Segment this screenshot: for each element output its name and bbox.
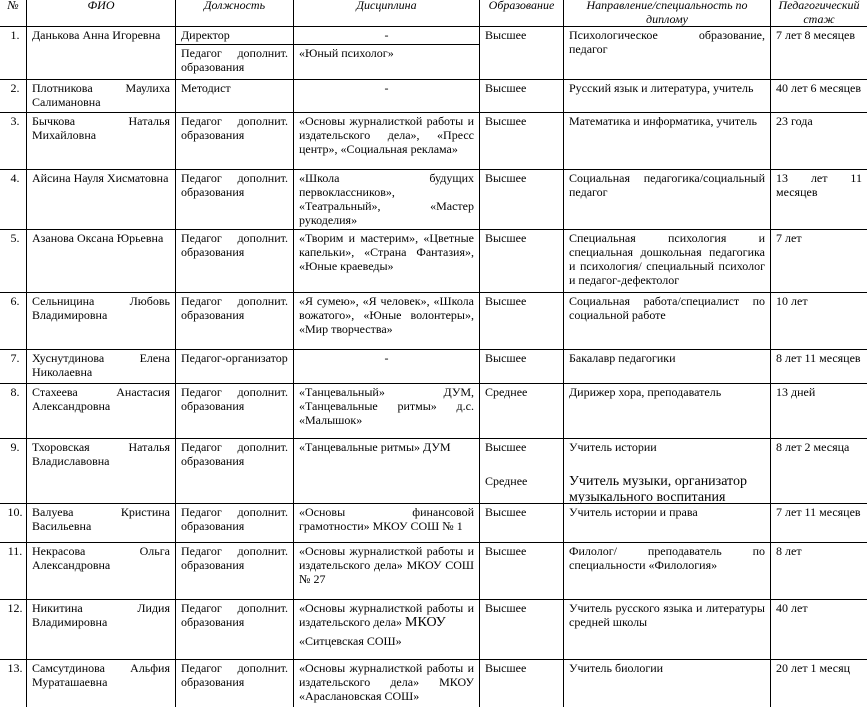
- cell-fio: Валуева Кристина Васильевна: [27, 505, 175, 533]
- cell-fio: Бычкова Наталья Михайловна: [27, 114, 175, 142]
- cell-discipline: «Основы журналисткой работы и издательск…: [294, 601, 479, 651]
- cell-num: 7.: [2, 351, 28, 365]
- header-fio: ФИО: [27, 0, 175, 12]
- cell-fio: Хуснутдинова Елена Николаевна: [27, 351, 175, 379]
- row-divider: [0, 169, 867, 170]
- cell-position: Педагог дополнит. образования: [176, 385, 293, 413]
- row-divider: [0, 542, 867, 543]
- cell-discipline: «Основы журналисткой работы и издательск…: [294, 661, 479, 703]
- cell-experience: 8 лет 2 месяца: [771, 440, 867, 454]
- header-specialty: Направление/специальность по диплому: [564, 0, 770, 26]
- cell-num: 13.: [2, 661, 28, 675]
- cell-fio: Стахеева Анастасия Александровна: [27, 385, 175, 413]
- cell-education: Высшее: [480, 351, 563, 365]
- cell-discipline: «Основы журналисткой работы и издательск…: [294, 544, 479, 586]
- cell-num: 10.: [2, 505, 28, 519]
- cell-fio: Плотникова Маулиха Салимановна: [27, 81, 175, 109]
- cell-experience: 7 лет 11 месяцев: [771, 505, 867, 519]
- discipline-school-name: «Ситцевская СОШ»: [299, 634, 402, 648]
- cell-discipline: «Юный психолог»: [294, 46, 479, 60]
- cell-discipline: «Основы финансовой грамотности» МКОУ СОШ…: [294, 505, 479, 533]
- cell-num: 11.: [2, 544, 28, 558]
- cell-specialty: Социальная работа/специалист по социальн…: [564, 294, 770, 322]
- cell-num: 12.: [2, 601, 28, 615]
- cell-specialty: Учитель истории: [564, 440, 770, 454]
- cell-experience: 13 дней: [771, 385, 867, 399]
- cell-experience: 8 лет: [771, 544, 867, 558]
- row-divider: [0, 599, 867, 600]
- cell-fio: Тхоровская Наталья Владиславовна: [27, 440, 175, 468]
- cell-position: Педагог дополнит. образования: [176, 171, 293, 199]
- cell-experience: 7 лет 8 месяцев: [771, 28, 867, 42]
- cell-position: Педагог дополнит. образования: [176, 46, 293, 74]
- cell-education: Высшее: [480, 81, 563, 95]
- cell-experience: 8 лет 11 месяцев: [771, 351, 867, 365]
- cell-education: Высшее: [480, 231, 563, 245]
- cell-education: Высшее: [480, 661, 563, 675]
- discipline-school: МКОУ: [405, 615, 446, 630]
- cell-discipline: -: [294, 28, 479, 42]
- cell-specialty: Учитель биологии: [564, 661, 770, 675]
- cell-discipline: «Школа будущих первоклассников», «Театра…: [294, 171, 479, 227]
- cell-experience: 13 лет 11 месяцев: [771, 171, 867, 199]
- header-position: Должность: [176, 0, 293, 12]
- cell-position: Методист: [176, 81, 293, 95]
- cell-education: Среднее: [480, 474, 563, 488]
- row-divider: [0, 229, 867, 230]
- cell-discipline: «Основы журналисткой работы и издательск…: [294, 114, 479, 156]
- cell-position: Педагог дополнит. образования: [176, 294, 293, 322]
- cell-position: Педагог дополнит. образования: [176, 661, 293, 689]
- cell-position: Педагог дополнит. образования: [176, 231, 293, 259]
- cell-discipline: «Танцевальные ритмы» ДУМ: [294, 440, 479, 454]
- cell-discipline: «Я сумею», «Я человек», «Школа вожатого»…: [294, 294, 479, 336]
- row-divider: [0, 112, 867, 113]
- cell-position: Педагог-организатор: [176, 351, 293, 365]
- cell-education: Высшее: [480, 544, 563, 558]
- cell-specialty: Бакалавр педагогики: [564, 351, 770, 365]
- row-divider: [0, 438, 867, 439]
- staff-table: № ФИО Должность Дисциплина Образование Н…: [0, 0, 867, 707]
- cell-specialty: Психологическое образование, педагог: [564, 28, 770, 56]
- cell-specialty: Учитель русского языка и литературы сред…: [564, 601, 770, 629]
- cell-fio: Никитина Лидия Владимировна: [27, 601, 175, 629]
- cell-specialty: Математика и информатика, учитель: [564, 114, 770, 128]
- cell-discipline: «Танцевальный» ДУМ, «Танцевальные ритмы»…: [294, 385, 479, 427]
- cell-specialty: Филолог/ преподаватель по специальности …: [564, 544, 770, 572]
- cell-education: Высшее: [480, 440, 563, 454]
- discipline-text: «Основы журналисткой работы и издательск…: [299, 601, 474, 629]
- row-divider: [0, 26, 867, 27]
- cell-position: Директор: [176, 28, 293, 42]
- cell-num: 8.: [2, 385, 28, 399]
- cell-specialty: Специальная психология и специальная дош…: [564, 231, 770, 287]
- cell-education: Высшее: [480, 171, 563, 185]
- row-divider: [175, 44, 479, 45]
- cell-fio: Айсина Науля Хисматовна: [27, 171, 175, 185]
- cell-num: 3.: [2, 114, 28, 128]
- cell-fio: Самсутдинова Альфия Мураташаевна: [27, 661, 175, 689]
- cell-education: Высшее: [480, 294, 563, 308]
- cell-experience: 7 лет: [771, 231, 867, 245]
- row-divider: [0, 79, 867, 80]
- cell-education: Высшее: [480, 28, 563, 42]
- cell-discipline: «Творим и мастерим», «Цветные капельки»,…: [294, 231, 479, 273]
- row-divider: [0, 659, 867, 660]
- header-experience: Педагогический стаж: [771, 0, 867, 26]
- cell-position: Педагог дополнит. образования: [176, 601, 293, 629]
- cell-discipline: -: [294, 81, 479, 95]
- cell-specialty: Дирижер хора, преподаватель: [564, 385, 770, 399]
- cell-education: Высшее: [480, 505, 563, 519]
- cell-specialty: Учитель истории и права: [564, 505, 770, 519]
- cell-specialty: Учитель музыки, организатор музыкального…: [564, 474, 770, 506]
- cell-discipline: -: [294, 351, 479, 365]
- cell-position: Педагог дополнит. образования: [176, 440, 293, 468]
- cell-num: 1.: [2, 28, 28, 42]
- cell-experience: 40 лет 6 месяцев: [771, 81, 867, 95]
- header-education: Образование: [480, 0, 563, 12]
- cell-num: 4.: [2, 171, 28, 185]
- cell-fio: Некрасова Ольга Александровна: [27, 544, 175, 572]
- cell-experience: 10 лет: [771, 294, 867, 308]
- cell-specialty: Социальная педагогика/социальный педагог: [564, 171, 770, 199]
- row-divider: [0, 349, 867, 350]
- cell-experience: 40 лет: [771, 601, 867, 615]
- cell-education: Среднее: [480, 385, 563, 399]
- row-divider: [0, 383, 867, 384]
- cell-position: Педагог дополнит. образования: [176, 114, 293, 142]
- cell-num: 5.: [2, 231, 28, 245]
- cell-experience: 23 года: [771, 114, 867, 128]
- header-num: №: [0, 0, 26, 12]
- cell-num: 2.: [2, 81, 28, 95]
- cell-experience: 20 лет 1 месяц: [771, 661, 867, 675]
- cell-position: Педагог дополнит. образования: [176, 505, 293, 533]
- cell-position: Педагог дополнит. образования: [176, 544, 293, 572]
- cell-fio: Данькова Анна Игоревна: [27, 28, 175, 42]
- cell-education: Высшее: [480, 601, 563, 615]
- cell-education: Высшее: [480, 114, 563, 128]
- cell-fio: Сельницина Любовь Владимировна: [27, 294, 175, 322]
- header-discipline: Дисциплина: [294, 0, 479, 12]
- cell-specialty: Русский язык и литература, учитель: [564, 81, 770, 95]
- cell-fio: Азанова Оксана Юрьевна: [27, 231, 175, 245]
- cell-num: 6.: [2, 294, 28, 308]
- row-divider: [0, 292, 867, 293]
- cell-num: 9.: [2, 440, 28, 454]
